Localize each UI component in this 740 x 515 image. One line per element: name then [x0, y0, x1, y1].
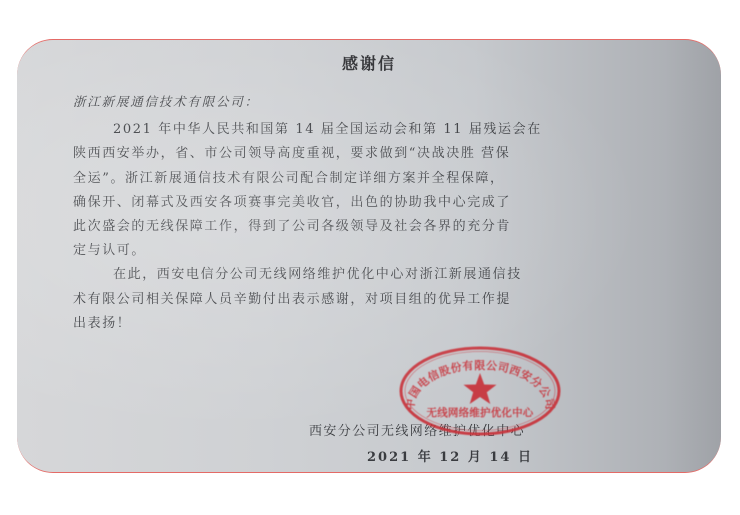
official-seal: 中国电信股份有限公司西安分公司 无线网络维护优化中心 [398, 345, 562, 437]
paragraph-1-line-1: 2021 年中华人民共和国第 14 届全国运动会和第 11 届残运会在 [113, 118, 542, 137]
paragraph-1-line-2: 陕西西安举办，省、市公司领导高度重视，要求做到“决战决胜 营保 [73, 142, 510, 161]
paragraph-2-line-3: 出表扬！ [73, 312, 131, 331]
paragraph-2-line-2: 术有限公司相关保障人员辛勤付出表示感谢，对项目组的优异工作提 [73, 288, 511, 307]
letter-addressee: 浙江新展通信技术有限公司： [73, 92, 259, 110]
document-photo: 感谢信 浙江新展通信技术有限公司： 2021 年中华人民共和国第 14 届全国运… [17, 39, 721, 473]
paragraph-1-line-5: 此次盛会的无线保障工作，得到了公司各级领导及社会各界的充分肯 [73, 215, 511, 234]
paragraph-2-line-1: 在此，西安电信分公司无线网络维护优化中心对浙江新展通信技 [113, 263, 522, 282]
signature-date: 2021 年 12 月 14 日 [367, 446, 533, 465]
letter-title: 感谢信 [17, 51, 721, 74]
seal-bottom-text: 无线网络维护优化中心 [398, 405, 562, 420]
seal-graphic: 中国电信股份有限公司西安分公司 [398, 345, 562, 437]
star-icon [464, 373, 497, 404]
paragraph-1-line-6: 定与认可。 [73, 239, 146, 258]
paragraph-1-line-4: 确保开、闭幕式及西安各项赛事完美收官，出色的协助我中心完成了 [73, 191, 511, 210]
paragraph-1-line-3: 全运”。浙江新展通信技术有限公司配合制定详细方案并全程保障， [73, 167, 505, 186]
